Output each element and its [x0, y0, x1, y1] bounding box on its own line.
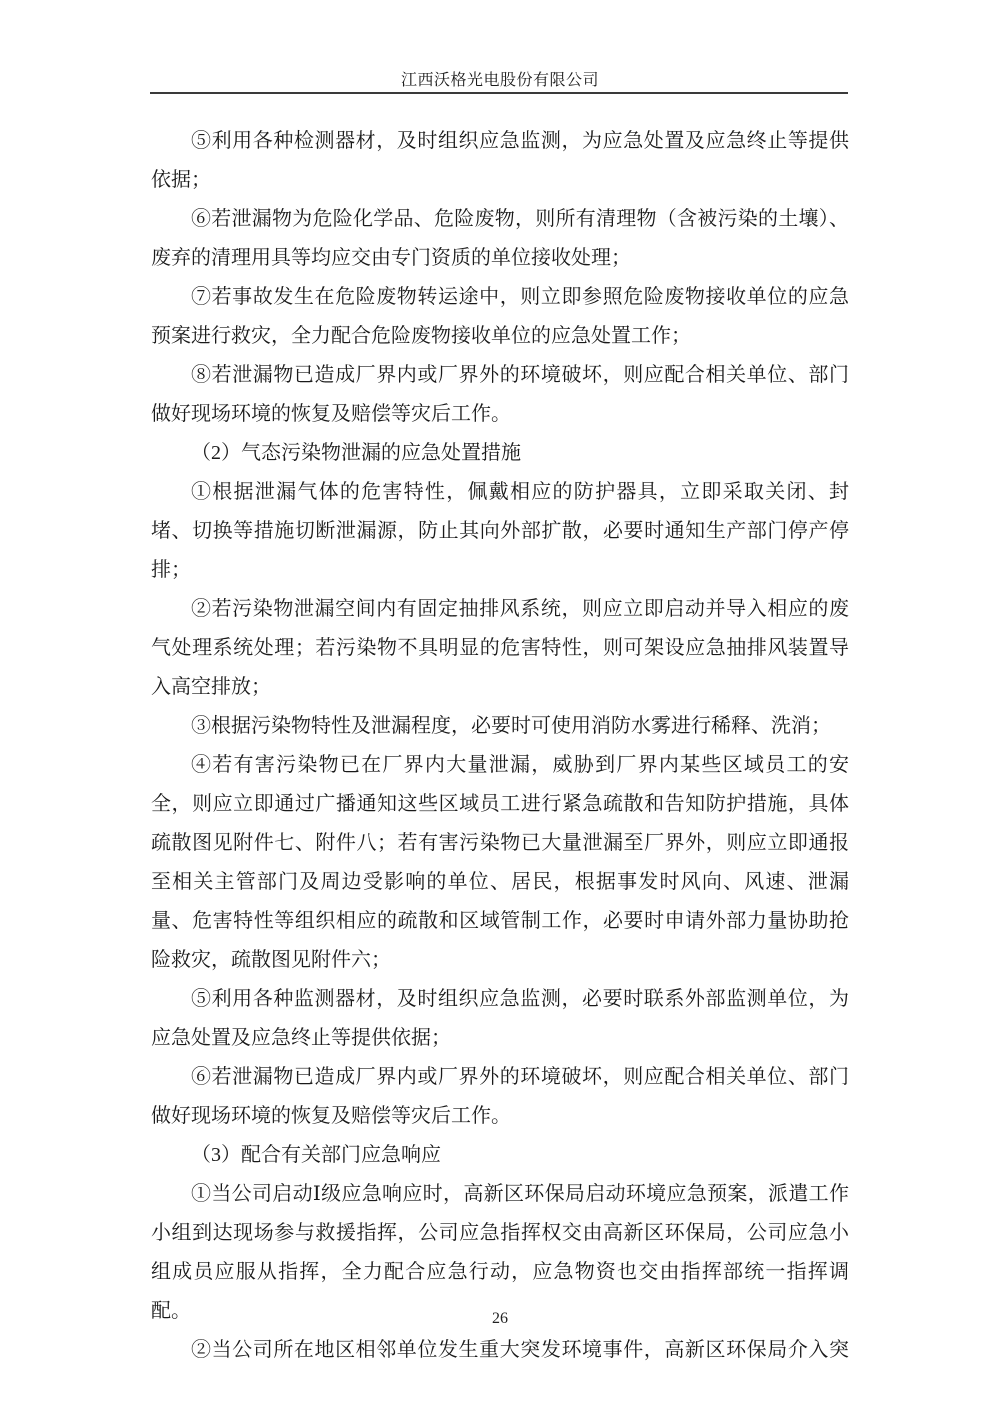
header-rule-divider — [150, 92, 848, 94]
document-page: 江西沃格光电股份有限公司 ⑤利用各种检测器材，及时组织应急监测，为应急处置及应急… — [0, 0, 1000, 1414]
paragraph: ⑦若事故发生在危险废物转运途中，则立即参照危险废物接收单位的应急预案进行救灾，全… — [151, 278, 849, 356]
paragraph: ②若污染物泄漏空间内有固定抽排风系统，则应立即启动并导入相应的废气处理系统处理；… — [151, 590, 849, 707]
paragraph: ③根据污染物特性及泄漏程度，必要时可使用消防水雾进行稀释、洗消； — [151, 707, 849, 746]
page-number: 26 — [0, 1308, 1000, 1330]
paragraph: ⑥若泄漏物为危险化学品、危险废物，则所有清理物（含被污染的土壤）、废弃的清理用具… — [151, 200, 849, 278]
section-heading: （3）配合有关部门应急响应 — [151, 1136, 849, 1175]
paragraph: ⑤利用各种监测器材，及时组织应急监测，必要时联系外部监测单位，为应急处置及应急终… — [151, 980, 849, 1058]
section-heading: （2）气态污染物泄漏的应急处置措施 — [151, 434, 849, 473]
paragraph: ④若有害污染物已在厂界内大量泄漏，威胁到厂界内某些区域员工的安全，则应立即通过广… — [151, 746, 849, 980]
paragraph: ⑤利用各种检测器材，及时组织应急监测，为应急处置及应急终止等提供依据； — [151, 122, 849, 200]
document-header-company-name: 江西沃格光电股份有限公司 — [151, 71, 849, 91]
paragraph: ①根据泄漏气体的危害特性，佩戴相应的防护器具，立即采取关闭、封堵、切换等措施切断… — [151, 473, 849, 590]
paragraph: ⑥若泄漏物已造成厂界内或厂界外的环境破坏，则应配合相关单位、部门做好现场环境的恢… — [151, 1058, 849, 1136]
paragraph: ⑧若泄漏物已造成厂界内或厂界外的环境破坏，则应配合相关单位、部门做好现场环境的恢… — [151, 356, 849, 434]
document-body: ⑤利用各种检测器材，及时组织应急监测，为应急处置及应急终止等提供依据； ⑥若泄漏… — [151, 122, 849, 1370]
paragraph-truncated: ②当公司所在地区相邻单位发生重大突发环境事件，高新区环保局介入突发 — [151, 1331, 849, 1370]
